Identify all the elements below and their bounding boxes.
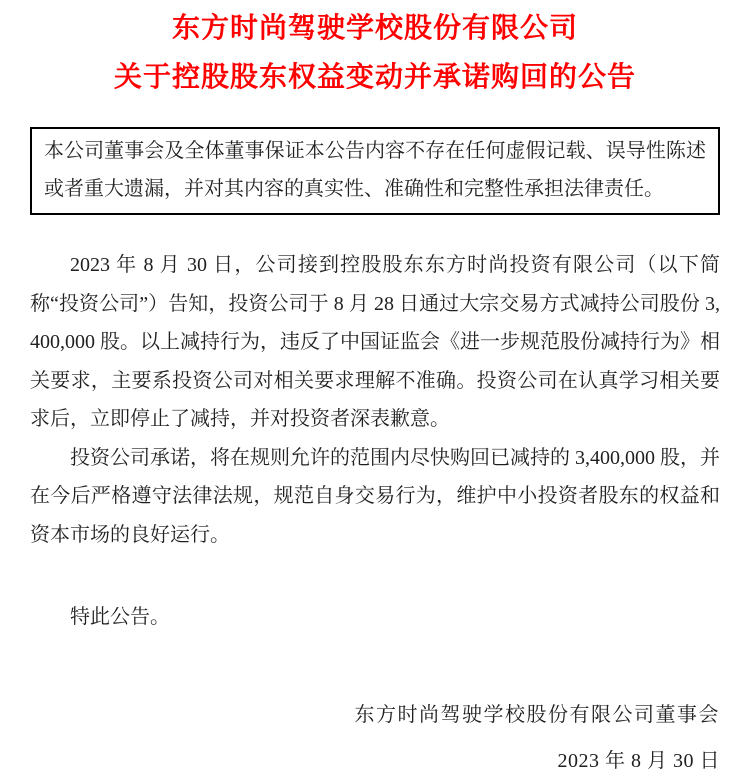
closing-statement: 特此公告。 xyxy=(30,598,720,636)
announcement-document: 东方时尚驾驶学校股份有限公司 关于控股股东权益变动并承诺购回的公告 本公司董事会… xyxy=(0,0,750,776)
paragraph-equity-change: 2023 年 8 月 30 日，公司接到控股股东东方时尚投资有限公司（以下简称“… xyxy=(30,246,720,439)
disclaimer-text: 本公司董事会及全体董事保证本公告内容不存在任何虚假记载、误导性陈述或者重大遗漏，… xyxy=(44,132,706,208)
signature-block: 东方时尚驾驶学校股份有限公司董事会 2023 年 8 月 30 日 xyxy=(30,696,720,776)
document-title-company: 东方时尚驾驶学校股份有限公司 xyxy=(30,10,720,48)
signature-company: 东方时尚驾驶学校股份有限公司董事会 xyxy=(30,696,720,734)
paragraph-repurchase-commitment: 投资公司承诺，将在规则允许的范围内尽快购回已减持的 3,400,000 股，并在… xyxy=(30,439,720,555)
signature-date: 2023 年 8 月 30 日 xyxy=(30,742,720,776)
disclaimer-box: 本公司董事会及全体董事保证本公告内容不存在任何虚假记载、误导性陈述或者重大遗漏，… xyxy=(30,127,720,215)
document-title-subject: 关于控股股东权益变动并承诺购回的公告 xyxy=(30,59,720,97)
